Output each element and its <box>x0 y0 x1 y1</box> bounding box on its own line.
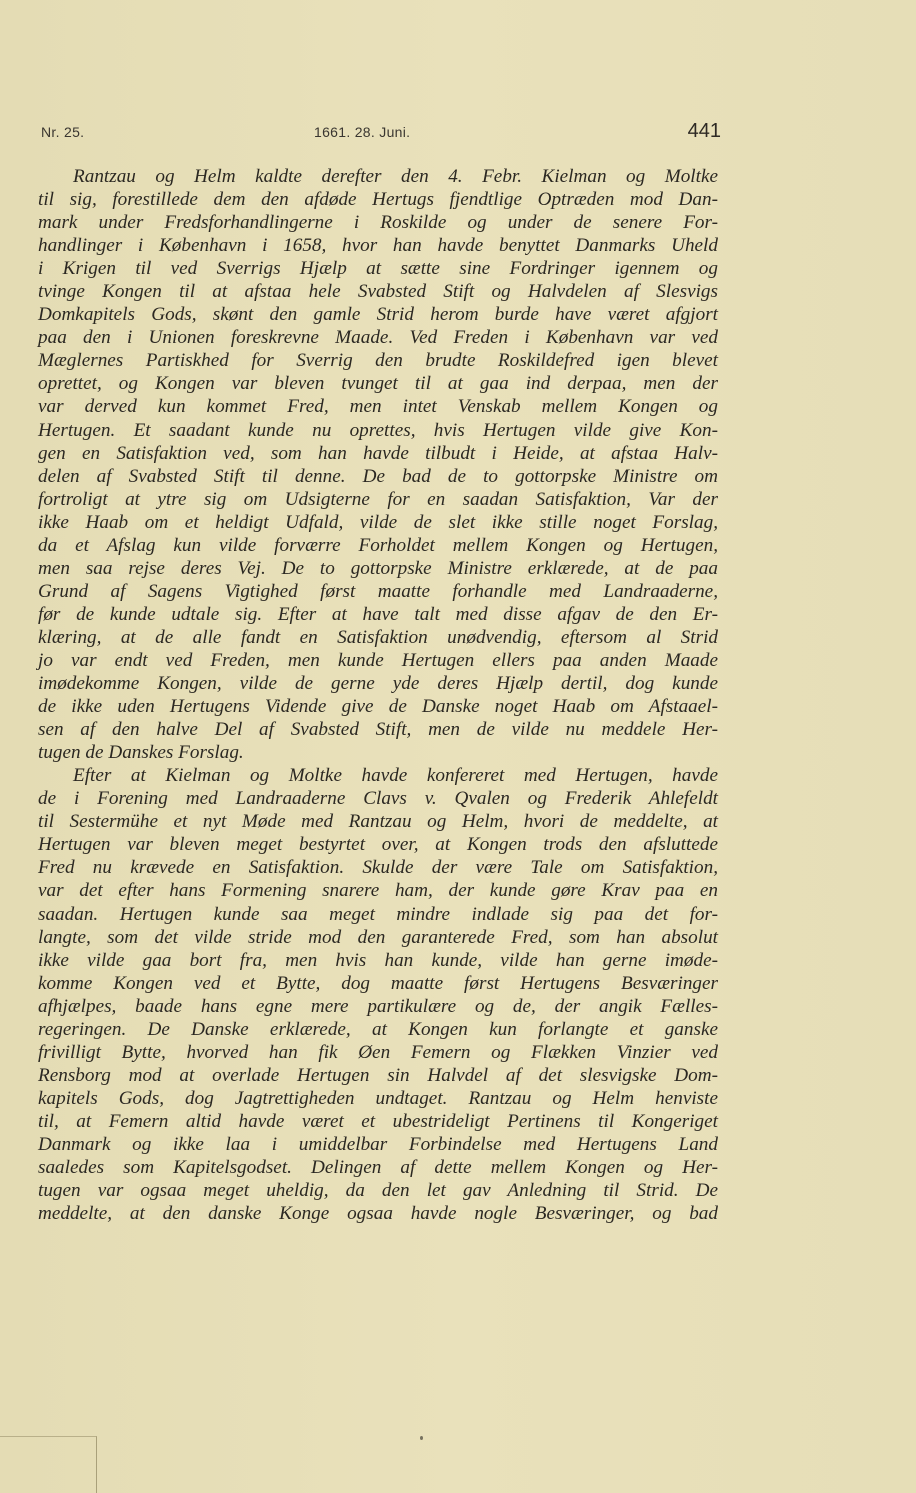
page-number: 441 <box>688 120 721 143</box>
text-line: klæring, at de alle fandt en Satisfaktio… <box>38 626 718 649</box>
text-line: i Krigen til ved Sverrigs Hjælp at sætte… <box>38 257 718 280</box>
text-line: meddelte, at den danske Konge ogsaa havd… <box>38 1202 718 1225</box>
text-line: frivilligt Bytte, hvorved han fik Øen Fe… <box>38 1041 718 1064</box>
paragraph-2: Efter at Kielman og Moltke havde konfere… <box>38 764 718 1225</box>
text-line: til Sestermühe et nyt Møde med Rantzau o… <box>38 810 718 833</box>
text-line: tugen var ogsaa meget uheldig, da den le… <box>38 1179 718 1202</box>
text-line: Fred nu krævede en Satisfaktion. Skulde … <box>38 856 718 879</box>
text-line: jo var endt ved Freden, men kunde Hertug… <box>38 649 718 672</box>
text-line: delen af Svabsted Stift til denne. De ba… <box>38 465 718 488</box>
text-line: de i Forening med Landraaderne Clavs v. … <box>38 787 718 810</box>
scan-edge-mark <box>0 1436 97 1493</box>
text-line: Danmark og ikke laa i umiddelbar Forbind… <box>38 1133 718 1156</box>
text-line: til, at Femern altid havde været et ubes… <box>38 1110 718 1133</box>
text-line: gen en Satisfaktion ved, som han havde t… <box>38 442 718 465</box>
text-line: Domkapitels Gods, skønt den gamle Strid … <box>38 303 718 326</box>
text-line: var derved kun kommet Fred, men intet Ve… <box>38 395 718 418</box>
text-line: men saa rejse deres Vej. De to gottorpsk… <box>38 557 718 580</box>
text-line: komme Kongen ved et Bytte, dog maatte fø… <box>38 972 718 995</box>
document-date: 1661. 28. Juni. <box>314 124 410 140</box>
text-line: før de kunde udtale sig. Efter at have t… <box>38 603 718 626</box>
text-line: sen af den halve Del af Svabsted Stift, … <box>38 718 718 741</box>
text-line: Rantzau og Helm kaldte derefter den 4. F… <box>38 165 718 188</box>
text-line: da et Afslag kun vilde forværre Forholde… <box>38 534 718 557</box>
paragraph-1: Rantzau og Helm kaldte derefter den 4. F… <box>38 165 718 764</box>
text-line: til sig, forestillede dem den afdøde Her… <box>38 188 718 211</box>
text-line: Efter at Kielman og Moltke havde konfere… <box>38 764 718 787</box>
text-line: Hertugen var bleven meget bestyrtet over… <box>38 833 718 856</box>
body-text: Rantzau og Helm kaldte derefter den 4. F… <box>38 165 718 1225</box>
text-line: Hertugen. Et saadant kunde nu oprettes, … <box>38 419 718 442</box>
document-number: Nr. 25. <box>41 124 84 140</box>
text-line: regeringen. De Danske erklærede, at Kong… <box>38 1018 718 1041</box>
text-line: oprettet, og Kongen var bleven tvunget t… <box>38 372 718 395</box>
text-line: imødekomme Kongen, vilde de gerne yde de… <box>38 672 718 695</box>
text-line: langte, som det vilde stride mod den gar… <box>38 926 718 949</box>
text-line: de ikke uden Hertugens Vidende give de D… <box>38 695 718 718</box>
text-line: var det efter hans Formening snarere ham… <box>38 879 718 902</box>
paper-speck <box>420 1436 423 1440</box>
text-line: afhjælpes, baade hans egne mere partikul… <box>38 995 718 1018</box>
text-line: saaledes som Kapitelsgodset. Delingen af… <box>38 1156 718 1179</box>
text-line: Rensborg mod at overlade Hertugen sin Ha… <box>38 1064 718 1087</box>
text-line: tugen de Danskes Forslag. <box>38 741 718 764</box>
text-line: handlinger i København i 1658, hvor han … <box>38 234 718 257</box>
text-line: paa den i Unionen foreskrevne Maade. Ved… <box>38 326 718 349</box>
running-header: Nr. 25. 1661. 28. Juni. 441 <box>41 120 721 144</box>
text-line: Mæglernes Partiskhed for Sverrig den bru… <box>38 349 718 372</box>
text-line: ikke Haab om et heldigt Udfald, vilde de… <box>38 511 718 534</box>
text-line: Grund af Sagens Vigtighed først maatte f… <box>38 580 718 603</box>
text-line: kapitels Gods, dog Jagtrettigheden undta… <box>38 1087 718 1110</box>
text-line: fortroligt at ytre sig om Udsigterne for… <box>38 488 718 511</box>
book-page: Nr. 25. 1661. 28. Juni. 441 Rantzau og H… <box>0 0 916 1493</box>
text-line: ikke vilde gaa bort fra, men hvis han ku… <box>38 949 718 972</box>
text-line: saadan. Hertugen kunde saa meget mindre … <box>38 903 718 926</box>
text-line: mark under Fredsforhandlingerne i Roskil… <box>38 211 718 234</box>
text-line: tvinge Kongen til at afstaa hele Svabste… <box>38 280 718 303</box>
